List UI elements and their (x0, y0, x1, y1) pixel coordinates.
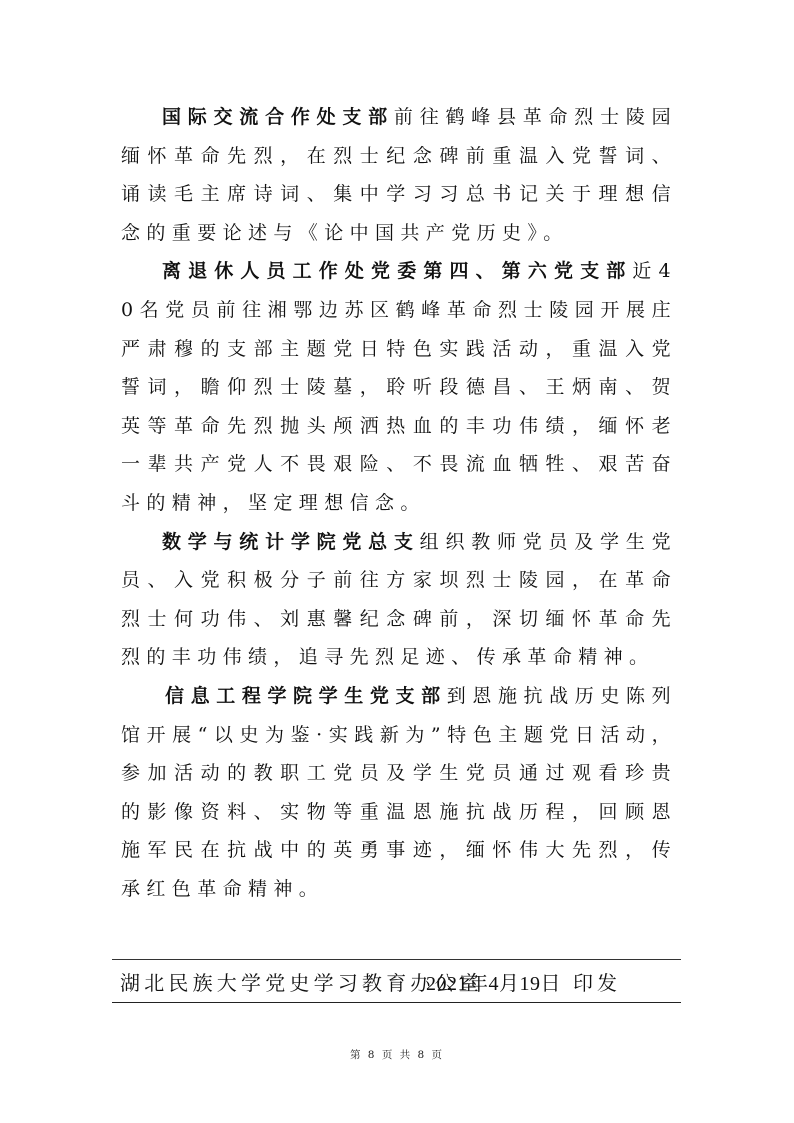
paragraph-information-engineering: 信息工程学院学生党支部到恩施抗战历史陈列馆开展“以史为鉴·实践新为”特色主题党日… (121, 677, 677, 909)
paragraph-lead: 数学与统计学院党总支 (162, 531, 420, 553)
paragraph-lead: 信息工程学院学生党支部 (165, 685, 447, 707)
paragraph-international-exchange: 国际交流合作处支部前往鹤峰县革命烈士陵园缅怀革命先烈，在烈士纪念碑前重温入党誓词… (121, 98, 677, 252)
issue-stamp: 印发 (573, 971, 621, 995)
paragraph-lead: 国际交流合作处支部 (162, 106, 394, 128)
page-number: 第 8 页 共 8 页 (0, 1047, 794, 1062)
document-page: 国际交流合作处支部前往鹤峰县革命烈士陵园缅怀革命先烈，在烈士纪念碑前重温入党誓词… (0, 0, 794, 1123)
issuance-footer: 湖北民族大学党史学习教育办公室 2021年4月19日印发 (112, 959, 681, 1003)
issue-date-line: 2021年4月19日印发 (426, 967, 621, 996)
paragraph-math-statistics: 数学与统计学院党总支组织教师党员及学生党员、入党积极分子前往方家坝烈士陵园，在革… (121, 523, 677, 677)
paragraph-text: 近40名党员前往湘鄂边苏区鹤峰革命烈士陵园开展庄严肃穆的支部主题党日特色实践活动… (121, 260, 677, 514)
paragraph-lead: 离退休人员工作处党委第四、第六党支部 (162, 260, 632, 282)
paragraph-text: 到恩施抗战历史陈列馆开展“以史为鉴·实践新为”特色主题党日活动，参加活动的教职工… (121, 685, 677, 900)
issue-date: 2021年4月19日 (426, 973, 561, 995)
document-body: 国际交流合作处支部前往鹤峰县革命烈士陵园缅怀革命先烈，在烈士纪念碑前重温入党誓词… (121, 98, 677, 908)
paragraph-retirees-office: 离退休人员工作处党委第四、第六党支部近40名党员前往湘鄂边苏区鹤峰革命烈士陵园开… (121, 252, 677, 522)
